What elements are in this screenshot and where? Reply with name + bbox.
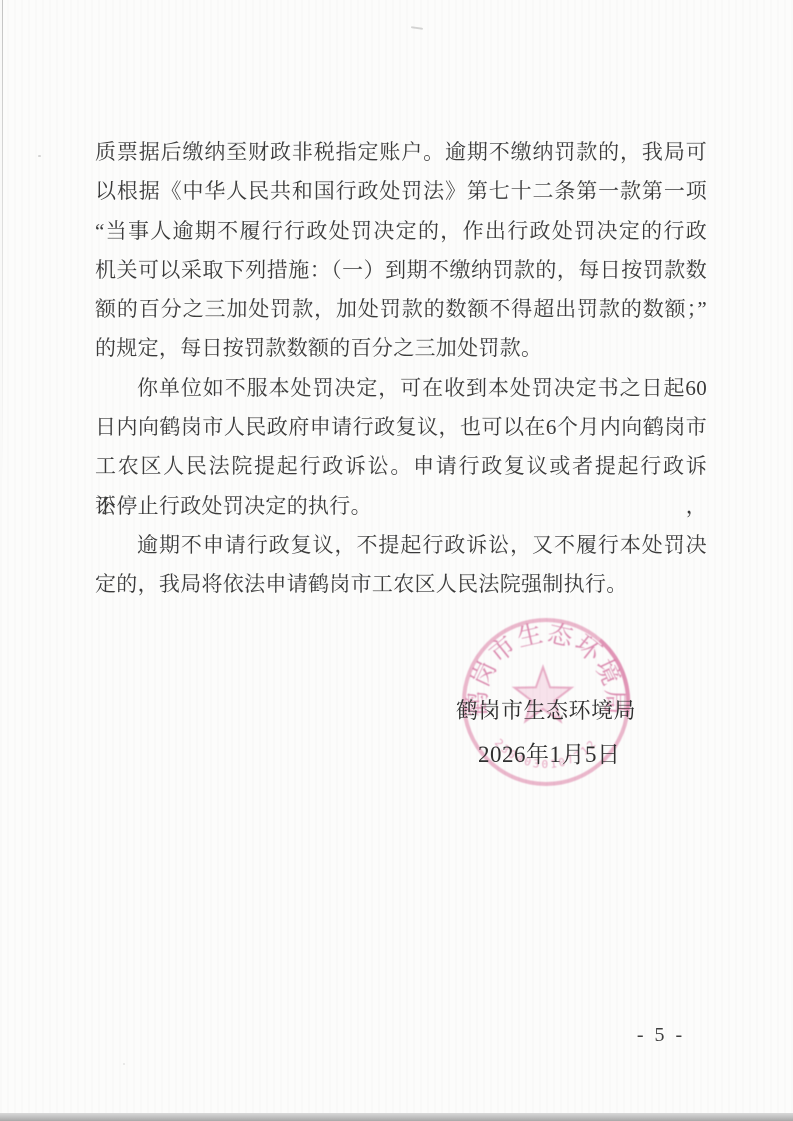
body-line: “当事人逾期不履行行政处罚决定的，作出行政处罚决定的行政 — [95, 212, 707, 251]
scan-speck — [38, 155, 41, 157]
body-line: 的规定，每日按罚款数额的百分之三加处罚款。 — [95, 329, 707, 368]
page-number: - 5 - — [616, 1024, 706, 1047]
body-line: 逾期不申请行政复议，不提起行政诉讼，又不履行本处罚决 — [95, 526, 707, 565]
scanned-document-page: 质票据后缴纳至财政非税指定账户。逾期不缴纳罚款的，我局可 以根据《中华人民共和国… — [0, 0, 793, 1121]
issue-date: 2026年1月5日 — [478, 736, 621, 769]
body-line: 你单位如不服本处罚决定，可在收到本处罚决定书之日起60 — [95, 369, 707, 408]
body-line: 额的百分之三加处罚款，加处罚款的数额不得超出罚款的数额；” — [95, 290, 707, 329]
scan-speck — [123, 1063, 125, 1065]
scan-bottom-edge — [0, 1113, 793, 1121]
document-body: 质票据后缴纳至财政非税指定账户。逾期不缴纳罚款的，我局可 以根据《中华人民共和国… — [95, 133, 707, 605]
scan-edge-artifact — [2, 0, 3, 480]
body-line: 日内向鹤岗市人民政府申请行政复议，也可以在6个月内向鹤岗市 — [95, 408, 707, 447]
issuer-signature: 鹤岗市生态环境局 — [456, 694, 636, 725]
body-line: 机关可以采取下列措施：（一）到期不缴纳罚款的，每日按罚款数 — [95, 251, 707, 290]
body-line: 以根据《中华人民共和国行政处罚法》第七十二条第一款第一项 — [95, 172, 707, 211]
scan-speck — [411, 26, 423, 30]
body-line: 工农区人民法院提起行政诉讼。申请行政复议或者提起行政诉讼， — [95, 447, 707, 486]
body-line: 质票据后缴纳至财政非税指定账户。逾期不缴纳罚款的，我局可 — [95, 133, 707, 172]
